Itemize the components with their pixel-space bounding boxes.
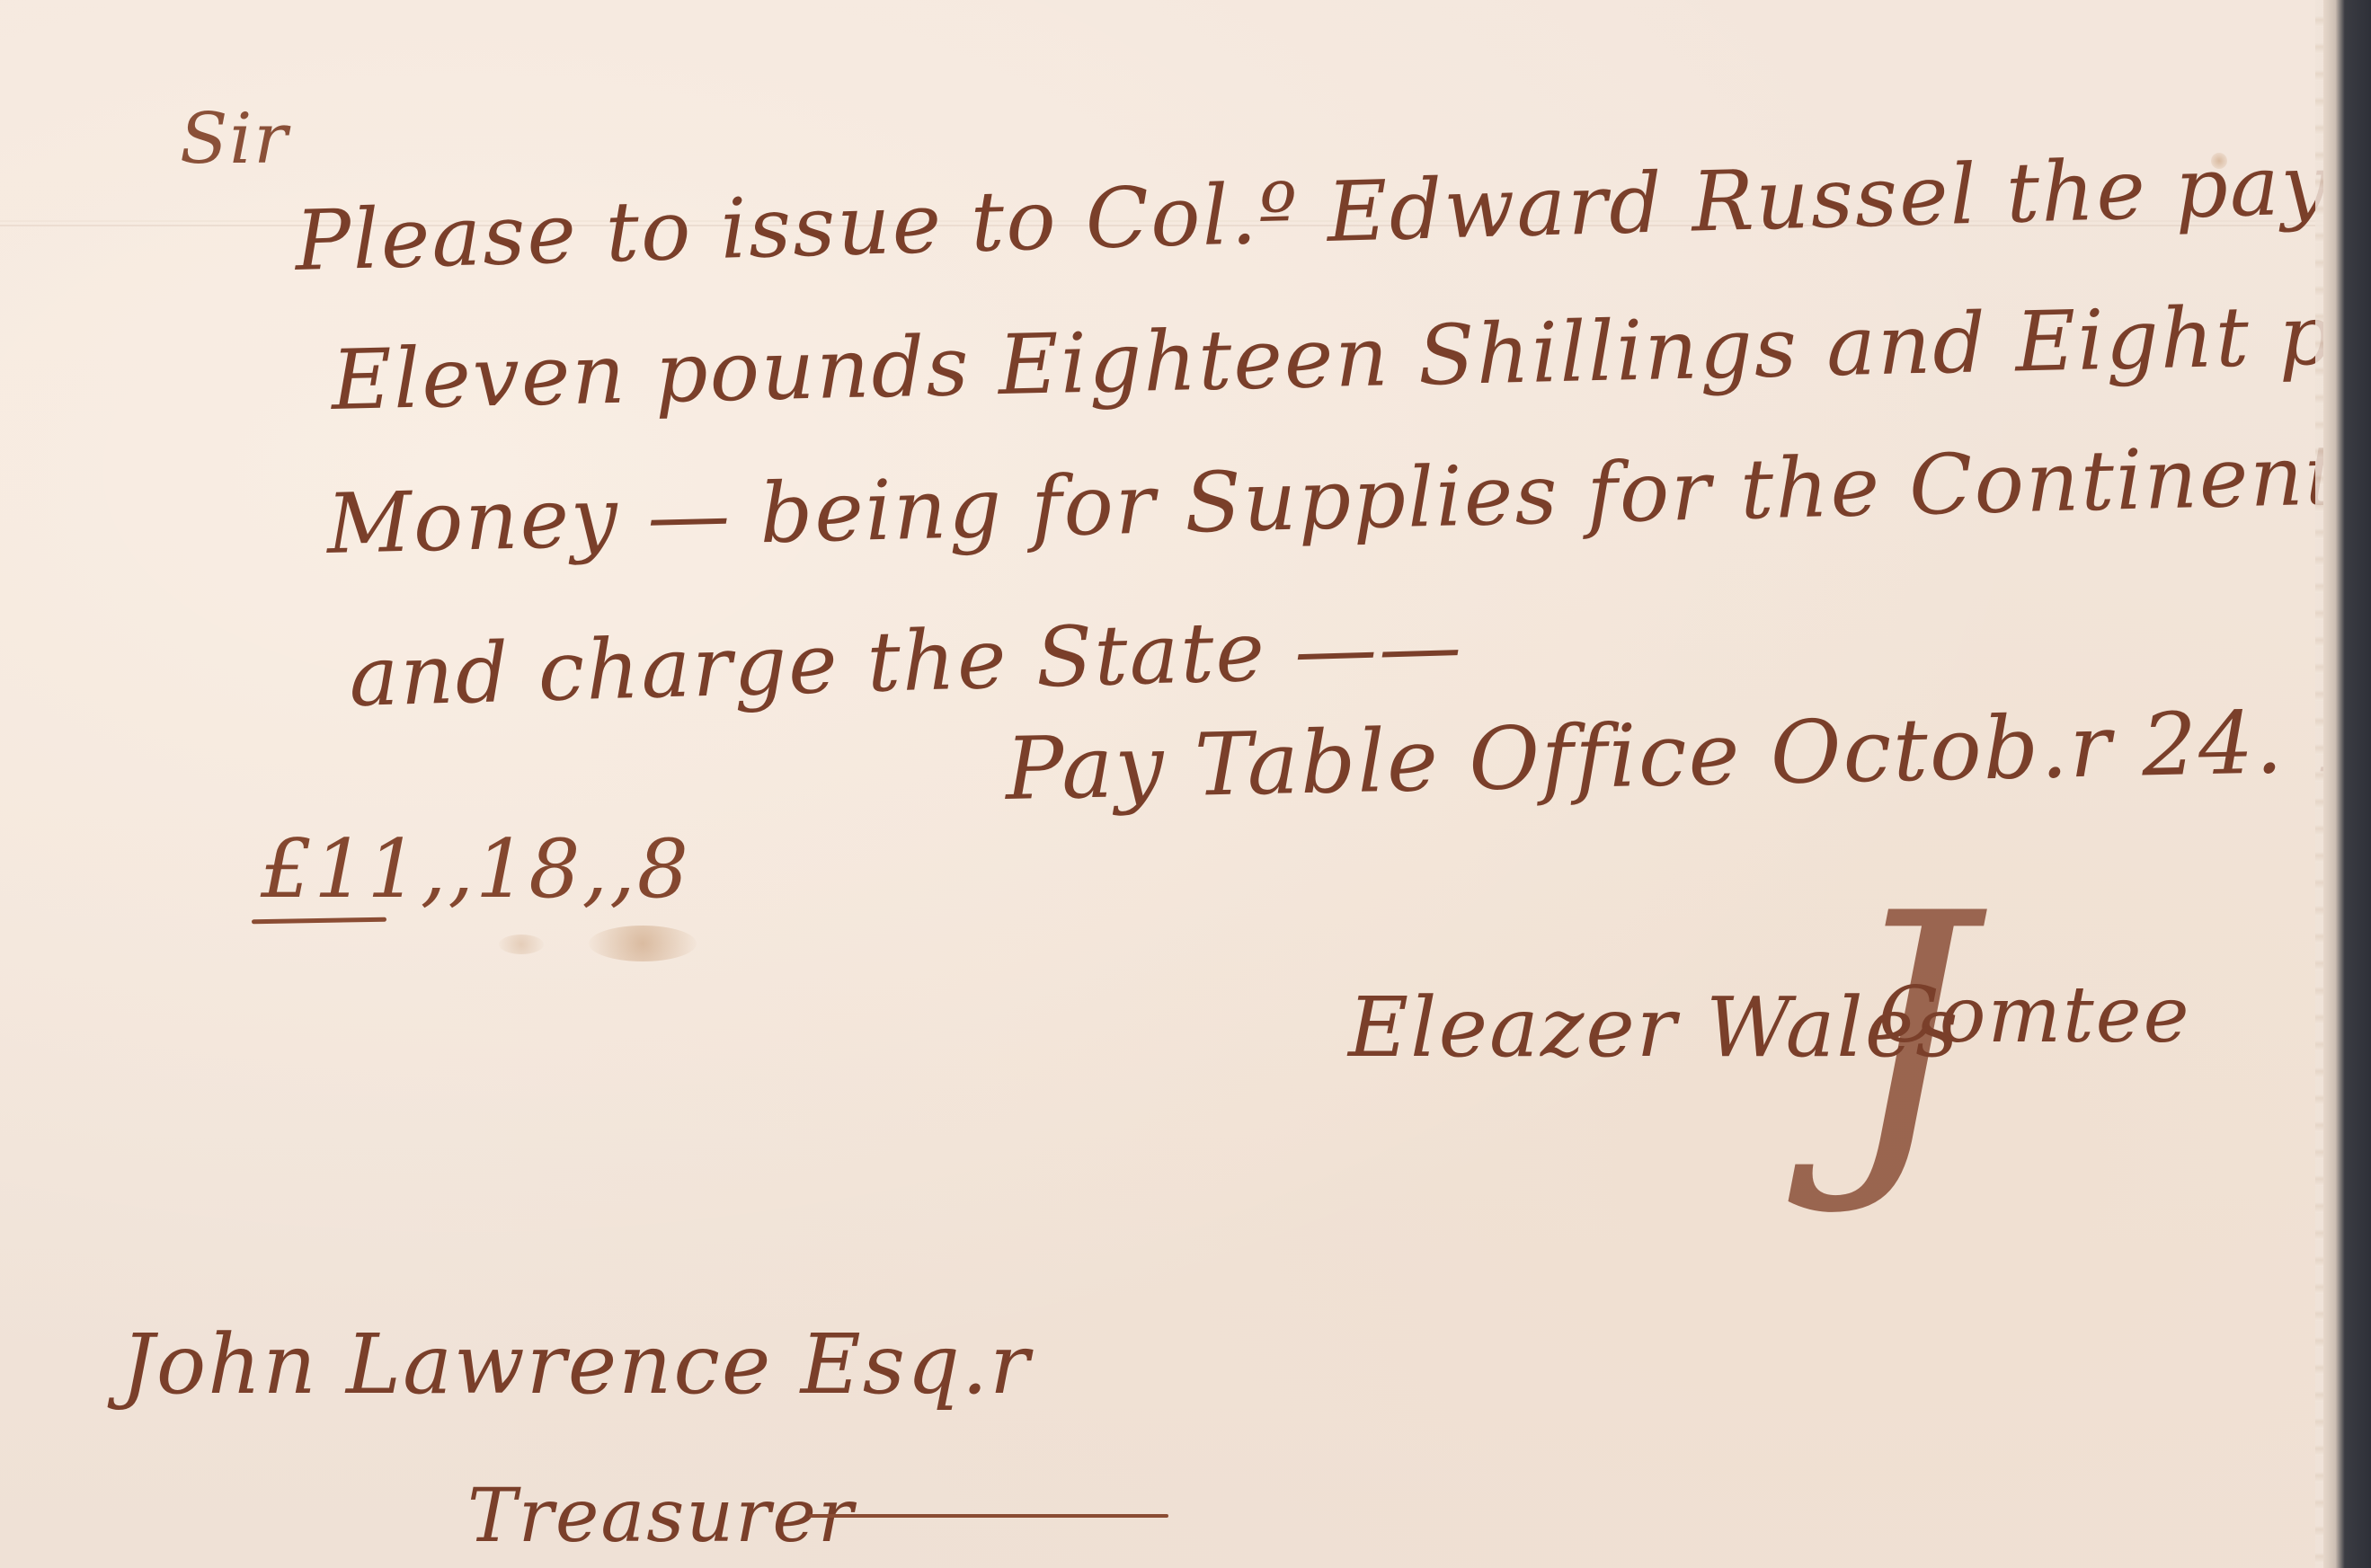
addressee-title: Treasurer (467, 1474, 855, 1559)
amount: £11,,18,,8 (261, 822, 690, 917)
title-rule (809, 1514, 1168, 1518)
body-line-4: and charge the State —— (348, 598, 1464, 725)
signature-name: Eleazer Wales (1348, 979, 1960, 1076)
document-paper: Sir Please to issue to Col.º Edward Russ… (0, 0, 2323, 1568)
body-line-1: Please to issue to Col.º Edward Russel t… (294, 127, 2371, 289)
ink-stain (589, 926, 697, 961)
body-line-2: Eleven pounds Eighteen Shillings and Eig… (331, 276, 2371, 429)
salutation: Sir (180, 99, 289, 180)
dateline: Pay Table Office Octob.r 24. 1782 (1005, 687, 2371, 819)
binding-edge (2323, 0, 2371, 1568)
addressee-name: John Lawrence Esq.r (121, 1316, 1031, 1413)
amount-underline (252, 917, 386, 925)
body-line-3: Money — being for Supplies for the Conti… (325, 413, 2371, 572)
signature-role: Comtee (1878, 970, 2190, 1060)
ink-stain (499, 935, 544, 954)
